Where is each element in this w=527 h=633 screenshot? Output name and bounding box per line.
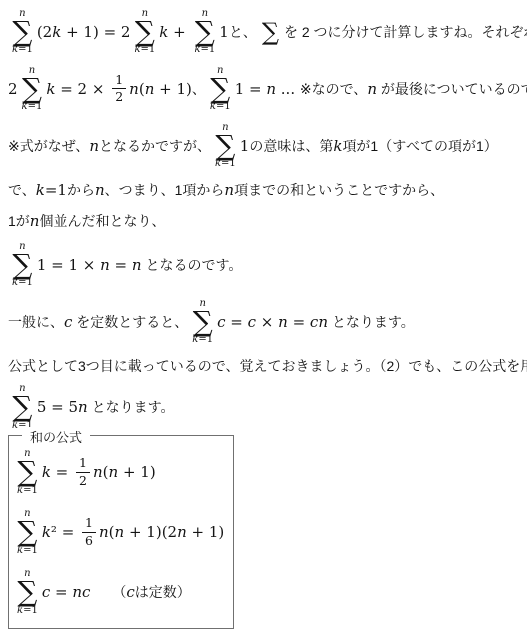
math-text: c = c × n = cn bbox=[217, 313, 328, 331]
sigma-glyph: ∑ bbox=[195, 19, 215, 45]
fraction-one-half: 1 2 bbox=[112, 72, 126, 106]
math-text: n(n + 1)(2n + 1) bbox=[99, 523, 224, 541]
text-line-4: で、 k=1 から n 、つまり、1項から n 項までの和ということですから、 bbox=[8, 174, 527, 205]
formula-line-9: n ∑ k=1 5 = 5n となります。 bbox=[8, 381, 527, 433]
sigma-glyph: ∑ bbox=[22, 76, 42, 102]
text-line-5: 1が n 個並んだ和となり、 bbox=[8, 205, 527, 236]
sum-lower-limit: k=1 bbox=[17, 485, 38, 496]
math-text: 1 = n ... bbox=[235, 80, 300, 98]
jp-text: 項までの和ということですから、 bbox=[234, 180, 444, 200]
math-text: 5 = 5n bbox=[37, 398, 88, 416]
math-text: 2 bbox=[8, 80, 18, 98]
jp-text: ※式がなぜ、 bbox=[8, 136, 89, 156]
jp-text: 項が1（すべての項が1） bbox=[342, 136, 497, 156]
math-text: n bbox=[89, 137, 99, 155]
fraction-numerator: 1 bbox=[82, 515, 96, 532]
sigma-glyph: ∑ bbox=[17, 579, 37, 605]
sum-lower-limit: k=1 bbox=[194, 44, 215, 55]
math-text: 1 bbox=[219, 23, 229, 41]
math-text: k = 2 × bbox=[46, 80, 109, 98]
sum-lower-limit: k=1 bbox=[17, 605, 38, 616]
sigma-glyph: ∑ bbox=[262, 20, 279, 44]
math-text: (2k + 1) = 2 bbox=[37, 23, 131, 41]
sigma-glyph: ∑ bbox=[193, 309, 213, 335]
jp-text: となります。 bbox=[88, 397, 175, 417]
sigma-glyph: ∑ bbox=[215, 133, 235, 159]
math-text: n(n + 1) bbox=[129, 80, 192, 98]
jp-text: となるかですが、 bbox=[99, 136, 211, 156]
math-text: n bbox=[95, 181, 105, 199]
sum-lower-limit: k=1 bbox=[192, 334, 213, 345]
sigma-glyph: ∑ bbox=[17, 519, 37, 545]
sum-lower-limit: k=1 bbox=[17, 545, 38, 556]
jp-text: が最後についているのです。 bbox=[377, 79, 527, 99]
jp-text: から bbox=[67, 180, 95, 200]
formula-line-7: 一般に、 c を定数とすると、 n ∑ k=1 c = c × n = cn と… bbox=[8, 293, 527, 350]
sum-lower-limit: k=1 bbox=[134, 44, 155, 55]
text-line-8: 公式として3つ目に載っているので、覚えておきましょう。（2）でも、この公式を用い… bbox=[8, 350, 527, 381]
jp-text: の意味は、第 bbox=[249, 136, 333, 156]
fraction-one-sixth: 1 6 bbox=[82, 515, 96, 549]
summation-symbol: n ∑ k=1 bbox=[17, 448, 38, 496]
math-explanation-document: n ∑ k=1 (2k + 1) = 2 n ∑ k=1 k + n ∑ k=1… bbox=[0, 0, 527, 629]
jp-text: と、 bbox=[229, 22, 257, 42]
summation-symbol: n ∑ k=1 bbox=[22, 65, 43, 113]
math-text: 1 = 1 × n = n bbox=[37, 256, 142, 274]
summation-symbol: n ∑ k=1 bbox=[12, 8, 33, 56]
summation-symbol: n ∑ k=1 bbox=[12, 383, 33, 431]
jp-text: （ bbox=[112, 582, 126, 602]
summation-symbol: n ∑ k=1 bbox=[215, 122, 236, 170]
summation-symbol: n ∑ k=1 bbox=[192, 298, 213, 346]
jp-text: 公式として3つ目に載っているので、覚えておきましょう。（2）でも、この公式を用い… bbox=[8, 356, 527, 376]
fraction-numerator: 1 bbox=[76, 455, 90, 472]
sigma-glyph: ∑ bbox=[12, 252, 32, 278]
math-text: n bbox=[30, 212, 40, 230]
box-legend: 和の公式 bbox=[22, 427, 90, 446]
jp-text: を定数とすると、 bbox=[72, 312, 188, 332]
sigma-glyph: ∑ bbox=[17, 459, 37, 485]
math-text: n bbox=[367, 80, 377, 98]
sigma-glyph: ∑ bbox=[12, 19, 32, 45]
sum-lower-limit: k=1 bbox=[210, 101, 231, 112]
box-formula-1: n ∑ k=1 k = 1 2 n(n + 1) bbox=[13, 442, 233, 502]
jp-text: 一般に、 bbox=[8, 312, 64, 332]
box-formula-3: n ∑ k=1 c = nc （ c は定数） bbox=[13, 562, 233, 622]
jp-text: は定数） bbox=[135, 582, 191, 602]
sum-lower-limit: k=1 bbox=[12, 277, 33, 288]
jp-text: 個並んだ和となり、 bbox=[39, 211, 165, 231]
summation-symbol: n ∑ k=1 bbox=[17, 568, 38, 616]
math-text: c bbox=[64, 313, 72, 331]
math-text: c bbox=[126, 583, 134, 601]
jp-text: 、 bbox=[192, 79, 206, 99]
summation-symbol: n ∑ k=1 bbox=[134, 8, 155, 56]
formula-line-2: 2 n ∑ k=1 k = 2 × 1 2 n(n + 1) 、 n ∑ k=1… bbox=[8, 60, 527, 117]
jp-text: で、 bbox=[8, 180, 36, 200]
fraction-denominator: 2 bbox=[76, 473, 90, 489]
fraction-one-half: 1 2 bbox=[76, 455, 90, 489]
jp-text: となるのです。 bbox=[142, 255, 243, 275]
sum-formulas-box: 和の公式 n ∑ k=1 k = 1 2 n(n + 1) n ∑ k=1 k²… bbox=[8, 435, 234, 629]
fraction-denominator: 2 bbox=[112, 89, 126, 105]
math-text: c = nc bbox=[42, 583, 91, 601]
jp-text: 、つまり、1項から bbox=[105, 180, 225, 200]
summation-symbol: n ∑ k=1 bbox=[194, 8, 215, 56]
jp-text: を 2 つに分けて計算しますね。それぞれ、 bbox=[284, 22, 527, 42]
fraction-numerator: 1 bbox=[112, 72, 126, 89]
formula-line-3: ※式がなぜ、 n となるかですが、 n ∑ k=1 1 の意味は、第 k 項が1… bbox=[8, 117, 527, 174]
sum-lower-limit: k=1 bbox=[12, 44, 33, 55]
jp-text: 1が bbox=[8, 211, 30, 231]
math-text: k + bbox=[159, 23, 190, 41]
math-text: n bbox=[224, 181, 234, 199]
fraction-denominator: 6 bbox=[82, 533, 96, 549]
sum-lower-limit: k=1 bbox=[22, 101, 43, 112]
sum-lower-limit: k=1 bbox=[215, 158, 236, 169]
summation-symbol: n ∑ k=1 bbox=[210, 65, 231, 113]
math-text: k bbox=[333, 137, 342, 155]
math-text: k² = bbox=[42, 523, 79, 541]
math-text: k = bbox=[42, 463, 73, 481]
sigma-glyph: ∑ bbox=[135, 19, 155, 45]
math-text: 1 bbox=[240, 137, 250, 155]
box-formula-2: n ∑ k=1 k² = 1 6 n(n + 1)(2n + 1) bbox=[13, 502, 233, 562]
jp-text: となります。 bbox=[328, 312, 415, 332]
formula-line-1: n ∑ k=1 (2k + 1) = 2 n ∑ k=1 k + n ∑ k=1… bbox=[8, 3, 527, 60]
sigma-glyph: ∑ bbox=[210, 76, 230, 102]
math-text: n(n + 1) bbox=[93, 463, 156, 481]
formula-line-6: n ∑ k=1 1 = 1 × n = n となるのです。 bbox=[8, 236, 527, 293]
sigma-glyph: ∑ bbox=[12, 394, 32, 420]
summation-symbol: n ∑ k=1 bbox=[17, 508, 38, 556]
jp-text: ※なので、 bbox=[300, 79, 367, 99]
summation-symbol: n ∑ k=1 bbox=[12, 241, 33, 289]
math-text: k=1 bbox=[36, 181, 67, 199]
